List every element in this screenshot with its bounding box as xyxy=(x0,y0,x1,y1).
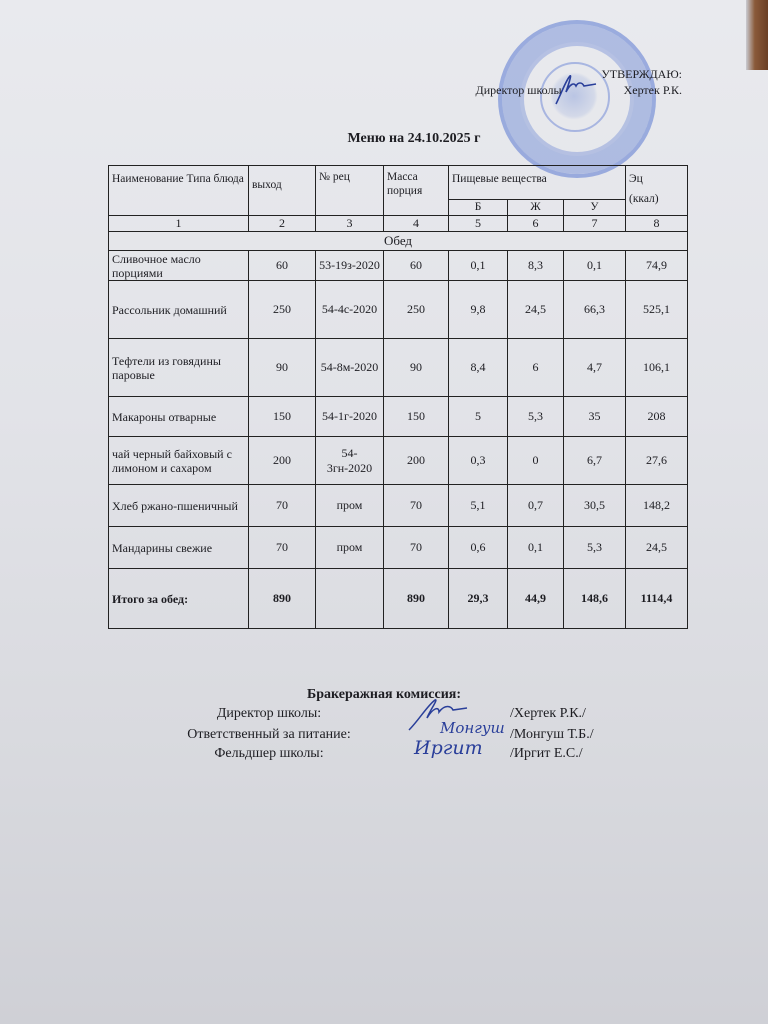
cell-name: Тефтели из говядины паровые xyxy=(109,339,249,397)
column-number: 7 xyxy=(564,216,626,232)
cell-carbs: 35 xyxy=(564,397,626,437)
cell-energy: 24,5 xyxy=(626,527,688,569)
cell-protein: 5,1 xyxy=(449,485,508,527)
total-row: Итого за обед:89089029,344,9148,61114,4 xyxy=(109,569,688,629)
column-numbers-row: 1 2 3 4 5 6 7 8 xyxy=(109,216,688,232)
cell-fat: 0,1 xyxy=(508,527,564,569)
total-energy: 1114,4 xyxy=(626,569,688,629)
cell-protein: 9,8 xyxy=(449,281,508,339)
cell-output: 250 xyxy=(249,281,316,339)
header-energy: Эц (ккал) xyxy=(626,166,688,216)
commission-title: Бракеражная комиссия: xyxy=(0,687,768,703)
commission-member-name: /Иргит Е.С./ xyxy=(510,746,583,762)
cell-mass: 70 xyxy=(384,527,449,569)
column-number: 2 xyxy=(249,216,316,232)
header-carbs: У xyxy=(564,200,626,216)
cell-name: Хлеб ржано-пшеничный xyxy=(109,485,249,527)
total-name: Итого за обед: xyxy=(109,569,249,629)
cell-mass: 150 xyxy=(384,397,449,437)
cell-protein: 8,4 xyxy=(449,339,508,397)
cell-carbs: 5,3 xyxy=(564,527,626,569)
cell-energy: 208 xyxy=(626,397,688,437)
cell-recipe: 54-1г-2020 xyxy=(316,397,384,437)
header-recipe: № рец xyxy=(316,166,384,216)
table-row: Рассольник домашний25054-4с-20202509,824… xyxy=(109,281,688,339)
total-fat: 44,9 xyxy=(508,569,564,629)
cell-name: Мандарины свежие xyxy=(109,527,249,569)
approval-position: Директор школы xyxy=(476,83,562,97)
cell-energy: 27,6 xyxy=(626,437,688,485)
cell-carbs: 66,3 xyxy=(564,281,626,339)
table-row: Тефтели из говядины паровые9054-8м-20209… xyxy=(109,339,688,397)
cell-recipe: 54-8м-2020 xyxy=(316,339,384,397)
cell-energy: 106,1 xyxy=(626,339,688,397)
cell-protein: 0,6 xyxy=(449,527,508,569)
cell-mass: 200 xyxy=(384,437,449,485)
cell-output: 70 xyxy=(249,527,316,569)
cell-recipe: пром xyxy=(316,485,384,527)
page-title: Меню на 24.10.2025 г xyxy=(0,131,768,147)
column-number: 3 xyxy=(316,216,384,232)
total-mass: 890 xyxy=(384,569,449,629)
column-number: 8 xyxy=(626,216,688,232)
cell-protein: 0,1 xyxy=(449,251,508,281)
approval-name: Хертек Р.К. xyxy=(624,83,682,97)
header-nutrients: Пищевые вещества xyxy=(449,166,626,200)
cell-energy: 525,1 xyxy=(626,281,688,339)
cell-mass: 90 xyxy=(384,339,449,397)
cell-carbs: 30,5 xyxy=(564,485,626,527)
total-recipe xyxy=(316,569,384,629)
cell-fat: 24,5 xyxy=(508,281,564,339)
commission-member-name: /Хертек Р.К./ xyxy=(510,706,586,722)
header-output: выход xyxy=(249,166,316,216)
cell-mass: 60 xyxy=(384,251,449,281)
commission-member-name: /Монгуш Т.Б./ xyxy=(510,727,594,743)
menu-table: Наименование Типа блюда выход № рец Масс… xyxy=(108,165,688,629)
header-mass: Масса порция xyxy=(384,166,449,216)
table-row: Сливочное масло порциями6053-19з-2020600… xyxy=(109,251,688,281)
header-energy-label: Эц xyxy=(629,172,684,186)
column-number: 5 xyxy=(449,216,508,232)
cell-energy: 74,9 xyxy=(626,251,688,281)
table-row: Макароны отварные15054-1г-202015055,3352… xyxy=(109,397,688,437)
cell-recipe: 53-19з-2020 xyxy=(316,251,384,281)
cell-protein: 0,3 xyxy=(449,437,508,485)
cell-name: Рассольник домашний xyxy=(109,281,249,339)
cell-fat: 0 xyxy=(508,437,564,485)
director-signature-icon xyxy=(552,72,598,106)
column-number: 4 xyxy=(384,216,449,232)
header-protein: Б xyxy=(449,200,508,216)
handwritten-signature-icon: Иргит xyxy=(412,736,502,765)
table-row: Хлеб ржано-пшеничный70пром705,10,730,514… xyxy=(109,485,688,527)
cell-energy: 148,2 xyxy=(626,485,688,527)
commission-role: Директор школы: xyxy=(160,706,378,722)
cell-mass: 250 xyxy=(384,281,449,339)
cell-recipe: пром xyxy=(316,527,384,569)
cell-output: 60 xyxy=(249,251,316,281)
cell-carbs: 4,7 xyxy=(564,339,626,397)
header-fat: Ж xyxy=(508,200,564,216)
cell-name: чай черный байховый с лимоном и сахаром xyxy=(109,437,249,485)
cell-protein: 5 xyxy=(449,397,508,437)
section-row: Обед xyxy=(109,232,688,251)
cell-recipe: 54-4с-2020 xyxy=(316,281,384,339)
cell-mass: 70 xyxy=(384,485,449,527)
cell-output: 90 xyxy=(249,339,316,397)
svg-text:Монгуш: Монгуш xyxy=(439,719,505,737)
svg-text:Иргит: Иргит xyxy=(413,737,483,759)
total-output: 890 xyxy=(249,569,316,629)
commission-role: Фельдшер школы: xyxy=(160,746,378,762)
cell-output: 150 xyxy=(249,397,316,437)
table-row: чай черный байховый с лимоном и сахаром2… xyxy=(109,437,688,485)
column-number: 6 xyxy=(508,216,564,232)
cell-fat: 6 xyxy=(508,339,564,397)
cell-recipe: 54-3гн-2020 xyxy=(316,437,384,485)
page-edge-background xyxy=(746,0,768,70)
cell-fat: 5,3 xyxy=(508,397,564,437)
cell-output: 70 xyxy=(249,485,316,527)
cell-name: Сливочное масло порциями xyxy=(109,251,249,281)
table-row: Мандарины свежие70пром700,60,15,324,5 xyxy=(109,527,688,569)
cell-fat: 8,3 xyxy=(508,251,564,281)
cell-carbs: 6,7 xyxy=(564,437,626,485)
header-energy-unit: (ккал) xyxy=(629,192,684,206)
cell-fat: 0,7 xyxy=(508,485,564,527)
header-dish-name: Наименование Типа блюда xyxy=(109,166,249,216)
total-protein: 29,3 xyxy=(449,569,508,629)
menu-rows: Сливочное масло порциями6053-19з-2020600… xyxy=(109,251,688,629)
section-title: Обед xyxy=(109,232,688,251)
cell-name: Макароны отварные xyxy=(109,397,249,437)
column-number: 1 xyxy=(109,216,249,232)
total-carbs: 148,6 xyxy=(564,569,626,629)
commission-role: Ответственный за питание: xyxy=(160,727,378,743)
cell-carbs: 0,1 xyxy=(564,251,626,281)
cell-output: 200 xyxy=(249,437,316,485)
